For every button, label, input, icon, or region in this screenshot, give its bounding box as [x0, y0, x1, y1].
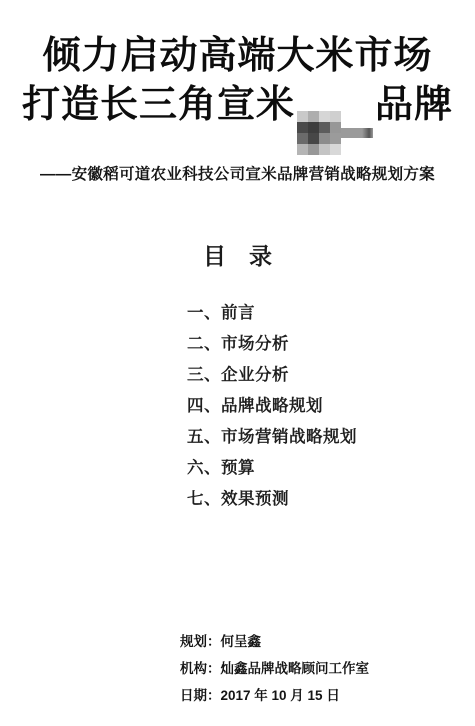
censor-pixel — [297, 122, 308, 133]
document-page: 倾力启动高端大米市场 打造长三角宣米品牌 ——安徽稻可道农业科技公司宣米品牌营销… — [0, 0, 475, 726]
toc-item-5: 五、市场营销战略规划 — [187, 428, 357, 447]
censor-pixel — [319, 111, 330, 122]
footer-agency-label: 机构： — [180, 661, 221, 676]
censor-pixel — [319, 133, 330, 144]
censor-pixel — [330, 111, 341, 122]
pixelated-censor-grid — [297, 111, 341, 155]
toc-item-3: 三、企业分析 — [187, 366, 357, 385]
footer-agency-value: 灿鑫品牌战略顾问工作室 — [221, 661, 370, 676]
censor-pixel — [330, 144, 341, 155]
toc-item-2: 二、市场分析 — [187, 335, 357, 354]
toc-item-7: 七、效果预测 — [187, 490, 357, 509]
censor-pixel — [308, 144, 319, 155]
footer-planner-label: 规划： — [180, 634, 221, 649]
toc-item-4: 四、品牌战略规划 — [187, 397, 357, 416]
censor-pixel — [297, 111, 308, 122]
footer-date-label: 日期： — [180, 688, 221, 703]
toc-list: 一、前言 二、市场分析 三、企业分析 四、品牌战略规划 五、市场营销战略规划 六… — [187, 304, 357, 521]
censor-pixel — [297, 133, 308, 144]
pixelated-censor-block — [297, 111, 373, 155]
censor-pixel — [319, 122, 330, 133]
footer-agency-line: 机构：灿鑫品牌战略顾问工作室 — [180, 660, 369, 678]
title-line-1: 倾力启动高端大米市场 — [0, 32, 475, 81]
censor-pixel — [319, 144, 330, 155]
footer-planner-value: 何呈鑫 — [221, 634, 262, 649]
footer-credits: 规划：何呈鑫 机构：灿鑫品牌战略顾问工作室 日期：2017 年 10 月 15 … — [180, 633, 369, 714]
footer-date-value: 2017 年 10 月 15 日 — [221, 688, 340, 703]
footer-date-line: 日期：2017 年 10 月 15 日 — [180, 687, 369, 705]
censor-pixel — [297, 144, 308, 155]
toc-heading: 目 录 — [0, 238, 475, 271]
title-line-2-prefix: 打造长三角宣米 — [22, 84, 295, 126]
title-line-2: 打造长三角宣米品牌 — [0, 81, 475, 155]
censor-pixel — [308, 122, 319, 133]
censor-pixel — [330, 122, 341, 133]
censor-pixel — [308, 111, 319, 122]
pixelated-censor-dash — [341, 128, 373, 138]
footer-planner-line: 规划：何呈鑫 — [180, 633, 369, 651]
censor-pixel — [308, 133, 319, 144]
document-title: 倾力启动高端大米市场 打造长三角宣米品牌 — [0, 32, 475, 155]
toc-item-6: 六、预算 — [187, 459, 357, 478]
toc-item-1: 一、前言 — [187, 304, 357, 323]
censor-pixel — [330, 133, 341, 144]
document-subtitle: ——安徽稻可道农业科技公司宣米品牌营销战略规划方案 — [0, 162, 475, 184]
title-line-2-suffix: 品牌 — [375, 84, 453, 126]
